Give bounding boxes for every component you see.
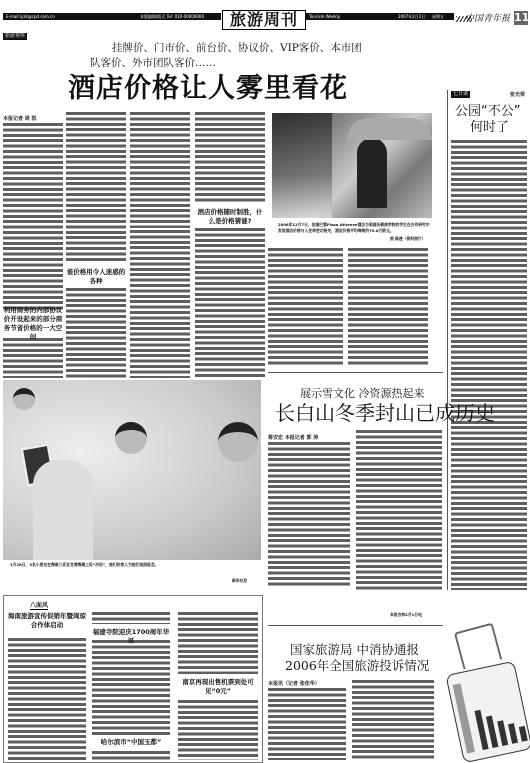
sidebar-tag: 七日谈 [451,91,470,98]
complaint-body-1 [268,688,346,760]
child-head-2 [115,422,147,454]
illustration-label: 2006年全国旅游投诉情况图示 [448,622,462,623]
main-body-col-1 [3,123,63,311]
main-body-col-6 [348,248,428,366]
brief-body-2 [92,640,170,735]
brief-body-4 [178,700,258,760]
bar-2 [486,715,499,748]
luggage-body [445,661,530,763]
child-head-1 [13,388,35,410]
masthead-editor: 本版编辑/版式 Tel: 010-00000000 [140,13,204,20]
snow-body-col-1 [268,442,350,587]
main-subhead-2: 谁价格用令人迷惑的各种 [66,268,126,286]
snow-headline: 长白山冬季封山已成历史 [275,400,495,426]
column-divider [447,90,448,590]
brief-headline-1: 海南旅游宣传促销年暨闽琼合作体启动 [8,612,86,630]
main-body-col-2b [66,288,126,378]
main-body-col-4 [195,112,265,202]
paper-logo: 中国青年报 [465,11,510,24]
main-byline: 本报记者 周 凯 [3,115,36,122]
sidebar-headline-1: 公园“不公” [455,104,520,119]
brief-body-3b [178,612,258,674]
child-head-3 [218,422,258,462]
snow-footer-credit: 本报吉林2月1日电 [390,612,422,618]
hotel-photo-windows [272,113,332,218]
luggage-illustration: 2006年全国旅游投诉情况图示 [448,622,528,762]
hotel-photo-credit: 图 路透（资料照片） [390,236,426,242]
complaint-headline-1: 国家旅游局 中消协通报 [290,642,419,657]
hotel-photo [272,113,432,218]
masthead-weekday: 星期五 [432,13,444,20]
sand-photo [3,380,261,560]
hotel-photo-door [357,138,387,208]
luggage-label [453,683,475,753]
bar-3 [497,720,508,746]
brief-headline-4: 南京再现出售机票到处可见“0元” [178,678,258,696]
divider-snow [268,372,443,373]
main-body-col-3b [130,230,190,378]
hotel-photo-awning [347,118,432,140]
brief-body-1 [8,638,86,760]
snow-body-col-2 [356,430,442,590]
deck-line-1: 挂牌价、门市价、前台价、协议价、VIP客价、本市团 [112,40,362,56]
main-body-col-4b [195,228,265,378]
section-tag: 旅游观察 [3,33,27,40]
brief-body-1b [92,612,170,624]
bar-5 [519,726,528,742]
brief-body-3 [92,751,170,761]
luggage-handle [454,622,502,669]
snow-byline: 蒋安宏 本报记者 郭 涛 [268,434,318,441]
section-title: 旅游周刊 [222,10,306,30]
sidebar-body [451,140,527,590]
hand [33,460,93,560]
main-subhead-1: 利用商务的内部协议价开设起来的部分商务节省价格的一大空间 [3,306,63,342]
main-body-col-1b [3,338,63,378]
divider-complaint [268,625,443,626]
main-headline: 酒店价格让人雾里看花 [68,73,348,105]
complaint-body-2 [352,680,434,760]
bar-4 [508,723,518,744]
masthead: E-mail:lyzk@cpd.com.cn 本版编辑/版式 Tel: 010-… [0,8,530,22]
complaint-headline-2: 2006年全国旅游投诉情况 [285,658,429,673]
main-body-col-5 [268,248,343,366]
brief-headline-3: 哈尔滨市“中国玉都” [92,738,170,747]
deck-line-2: 队客价、外市团队客价…… [90,55,216,71]
sand-photo-credit: 新华社发 [232,578,247,584]
complaint-byline: 本报讯（记者 张佳华） [268,680,320,687]
main-subhead-3: 酒店价格随时制胜，什么是价格猜谜? [195,208,265,226]
page-number: 11 [514,11,528,25]
sidebar-author: 张光荣 [510,91,525,98]
snow-kicker: 展示雪文化 冷资源热起来 [300,385,425,401]
hotel-photo-caption: 2006年12月7日，法国巴黎Plaza Athenee酒店与美国沃顿商学院的学… [278,222,433,233]
sidebar-headline-2: 何时了 [470,120,509,135]
main-body-col-2 [66,112,126,262]
main-body-col-3 [130,112,190,228]
brief-tag: 八面风 [30,600,48,610]
masthead-date: 2007年2月2日 [398,13,425,20]
sand-photo-caption: 1月28日，3名小朋友在海南三亚亚龙湾海滩上玩“沙浴”，她们的家人为她们拍照留念… [10,562,260,568]
